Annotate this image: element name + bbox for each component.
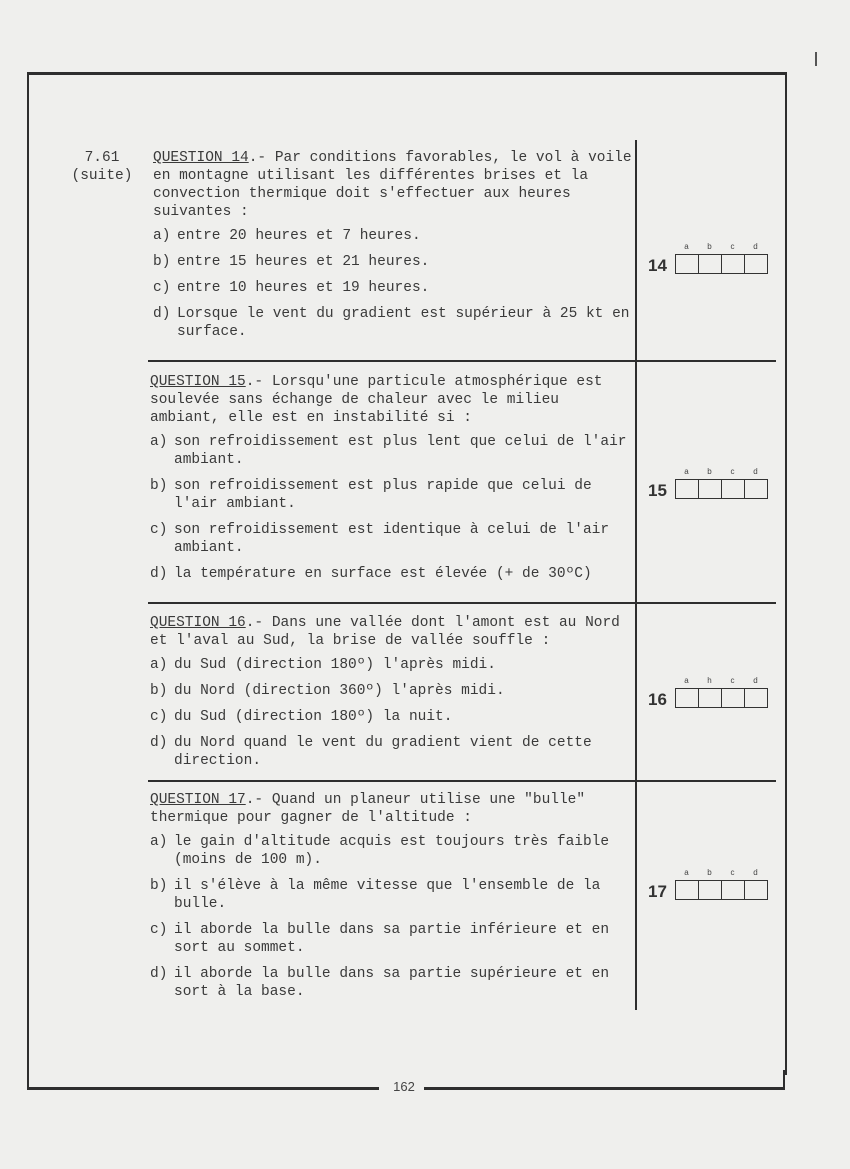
- question-divider: [148, 360, 776, 362]
- option-text: du Sud (direction 180º) la nuit.: [174, 708, 630, 726]
- answer-option: d)Lorsque le vent du gradient est supéri…: [153, 305, 633, 341]
- frame-bottom-rule: [424, 1087, 785, 1090]
- answer-letter: b: [698, 242, 721, 251]
- option-text: entre 15 heures et 21 heures.: [177, 253, 633, 271]
- answer-letter: d: [744, 676, 767, 685]
- option-letter: b): [150, 877, 174, 913]
- answer-option: b)il s'élève à la même vitesse que l'ens…: [150, 877, 630, 913]
- question-stem: QUESTION 15.- Lorsqu'une particule atmos…: [150, 373, 630, 427]
- option-text: son refroidissement est plus lent que ce…: [174, 433, 630, 469]
- option-letter: b): [153, 253, 177, 271]
- option-letter: a): [150, 656, 174, 674]
- frame-edge: [783, 1070, 785, 1088]
- answer-letter: a: [675, 467, 698, 476]
- section-number: 7.61: [68, 149, 136, 167]
- answer-grid-letters: abcd: [675, 242, 768, 251]
- option-text: entre 20 heures et 7 heures.: [177, 227, 633, 245]
- answer-grid-17: 17abcd: [648, 868, 773, 908]
- answer-letter: h: [698, 676, 721, 685]
- answer-option: c)il aborde la bulle dans sa partie infé…: [150, 921, 630, 957]
- option-text: son refroidissement est plus rapide que …: [174, 477, 630, 513]
- answer-letter: b: [698, 467, 721, 476]
- option-text: il s'élève à la même vitesse que l'ensem…: [174, 877, 630, 913]
- answer-option: c)entre 10 heures et 19 heures.: [153, 279, 633, 297]
- option-letter: d): [150, 565, 174, 583]
- option-letter: d): [153, 305, 177, 341]
- page-number: 162: [384, 1079, 424, 1094]
- answer-option: a)entre 20 heures et 7 heures.: [153, 227, 633, 245]
- answer-option: c)son refroidissement est identique à ce…: [150, 521, 630, 557]
- section-continuation: (suite): [68, 167, 136, 185]
- answer-grid-15: 15abcd: [648, 467, 773, 507]
- answer-option: a)son refroidissement est plus lent que …: [150, 433, 630, 469]
- option-text: entre 10 heures et 19 heures.: [177, 279, 633, 297]
- answer-checkbox[interactable]: [676, 255, 699, 273]
- answer-option: a)du Sud (direction 180º) l'après midi.: [150, 656, 630, 674]
- answer-column-divider: [635, 140, 637, 1010]
- answer-grid-letters: ahcd: [675, 676, 768, 685]
- question-separator: .-: [246, 792, 272, 808]
- question-separator: .-: [249, 150, 275, 166]
- answer-option: b)son refroidissement est plus rapide qu…: [150, 477, 630, 513]
- answer-option: d)la température en surface est élevée (…: [150, 565, 630, 583]
- answer-boxes: [675, 479, 768, 499]
- answer-letter: c: [721, 868, 744, 877]
- answer-checkbox[interactable]: [745, 480, 767, 498]
- option-letter: c): [150, 708, 174, 726]
- option-letter: a): [153, 227, 177, 245]
- option-letter: c): [153, 279, 177, 297]
- question-separator: .-: [246, 374, 272, 390]
- answer-option: b)du Nord (direction 360º) l'après midi.: [150, 682, 630, 700]
- question-16: QUESTION 16.- Dans une vallée dont l'amo…: [150, 614, 630, 778]
- section-label: 7.61 (suite): [68, 149, 136, 185]
- option-text: la température en surface est élevée (+ …: [174, 565, 630, 583]
- answer-grid-number: 16: [648, 690, 667, 710]
- option-letter: b): [150, 477, 174, 513]
- answer-grid-number: 17: [648, 882, 667, 902]
- question-divider: [148, 602, 776, 604]
- option-text: du Nord (direction 360º) l'après midi.: [174, 682, 630, 700]
- option-letter: d): [150, 965, 174, 1001]
- answer-checkbox[interactable]: [722, 689, 745, 707]
- margin-mark: [815, 52, 817, 66]
- answer-checkbox[interactable]: [699, 480, 722, 498]
- option-text: Lorsque le vent du gradient est supérieu…: [177, 305, 633, 341]
- option-letter: a): [150, 833, 174, 869]
- answer-grid-number: 15: [648, 481, 667, 501]
- answer-letter: d: [744, 242, 767, 251]
- answer-letter: d: [744, 868, 767, 877]
- option-letter: c): [150, 521, 174, 557]
- answer-option: d)il aborde la bulle dans sa partie supé…: [150, 965, 630, 1001]
- question-stem: QUESTION 17.- Quand un planeur utilise u…: [150, 791, 630, 827]
- answer-checkbox[interactable]: [722, 881, 745, 899]
- option-text: il aborde la bulle dans sa partie inféri…: [174, 921, 630, 957]
- answer-grid-letters: abcd: [675, 467, 768, 476]
- option-text: le gain d'altitude acquis est toujours t…: [174, 833, 630, 869]
- answer-letter: a: [675, 676, 698, 685]
- option-letter: a): [150, 433, 174, 469]
- question-15: QUESTION 15.- Lorsqu'une particule atmos…: [150, 373, 630, 591]
- answer-boxes: [675, 880, 768, 900]
- option-text: son refroidissement est identique à celu…: [174, 521, 630, 557]
- answer-checkbox[interactable]: [722, 255, 745, 273]
- answer-checkbox[interactable]: [676, 881, 699, 899]
- option-letter: c): [150, 921, 174, 957]
- answer-option: b)entre 15 heures et 21 heures.: [153, 253, 633, 271]
- option-text: il aborde la bulle dans sa partie supéri…: [174, 965, 630, 1001]
- question-stem: QUESTION 16.- Dans une vallée dont l'amo…: [150, 614, 630, 650]
- answer-checkbox[interactable]: [699, 689, 722, 707]
- question-14: QUESTION 14.- Par conditions favorables,…: [153, 149, 633, 349]
- question-separator: .-: [246, 615, 272, 631]
- option-text: du Sud (direction 180º) l'après midi.: [174, 656, 630, 674]
- question-stem: QUESTION 14.- Par conditions favorables,…: [153, 149, 633, 221]
- question-17: QUESTION 17.- Quand un planeur utilise u…: [150, 791, 630, 1009]
- answer-option: d)du Nord quand le vent du gradient vien…: [150, 734, 630, 770]
- answer-letter: a: [675, 242, 698, 251]
- answer-letter: a: [675, 868, 698, 877]
- option-letter: b): [150, 682, 174, 700]
- answer-checkbox[interactable]: [699, 255, 722, 273]
- answer-letter: d: [744, 467, 767, 476]
- answer-letter: b: [698, 868, 721, 877]
- answer-checkbox[interactable]: [699, 881, 722, 899]
- answer-boxes: [675, 254, 768, 274]
- question-label: QUESTION 16: [150, 615, 246, 631]
- question-label: QUESTION 14: [153, 150, 249, 166]
- answer-grid-14: 14abcd: [648, 242, 773, 282]
- option-text: du Nord quand le vent du gradient vient …: [174, 734, 630, 770]
- answer-letter: c: [721, 242, 744, 251]
- answer-boxes: [675, 688, 768, 708]
- answer-option: c)du Sud (direction 180º) la nuit.: [150, 708, 630, 726]
- question-divider: [148, 780, 776, 782]
- answer-letter: c: [721, 467, 744, 476]
- answer-letter: c: [721, 676, 744, 685]
- answer-grid-letters: abcd: [675, 868, 768, 877]
- answer-option: a)le gain d'altitude acquis est toujours…: [150, 833, 630, 869]
- answer-checkbox[interactable]: [745, 689, 767, 707]
- question-label: QUESTION 17: [150, 792, 246, 808]
- question-label: QUESTION 15: [150, 374, 246, 390]
- answer-checkbox[interactable]: [745, 881, 767, 899]
- option-letter: d): [150, 734, 174, 770]
- answer-grid-16: 16ahcd: [648, 676, 773, 716]
- frame-edge: [27, 1070, 29, 1088]
- answer-checkbox[interactable]: [722, 480, 745, 498]
- answer-checkbox[interactable]: [745, 255, 767, 273]
- answer-grid-number: 14: [648, 256, 667, 276]
- answer-checkbox[interactable]: [676, 689, 699, 707]
- answer-checkbox[interactable]: [676, 480, 699, 498]
- frame-bottom-rule: [27, 1087, 379, 1090]
